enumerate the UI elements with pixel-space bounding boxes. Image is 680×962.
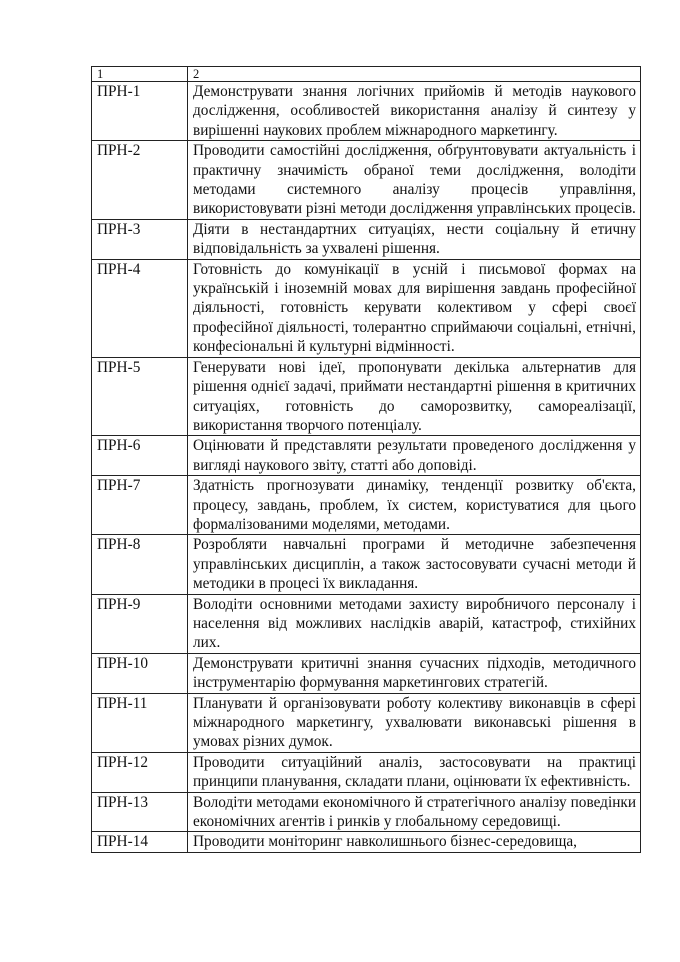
outcome-code: ПРН-3 [92, 219, 188, 259]
outcome-description: Планувати й організовувати роботу колект… [188, 693, 641, 752]
table-row: ПРН-5Генерувати нові ідеї, пропонувати д… [92, 357, 641, 436]
table-row: ПРН-13Володіти методами економічного й с… [92, 792, 641, 832]
document-page: 1 2 ПРН-1Демонструвати знання логічних п… [0, 0, 680, 962]
outcome-description: Розробляти навчальні програми й методичн… [188, 535, 641, 594]
outcome-code: ПРН-10 [92, 653, 188, 693]
table-row: ПРН-7Здатність прогнозувати динаміку, те… [92, 476, 641, 535]
outcome-description: Володіти основними методами захисту виро… [188, 594, 641, 653]
outcome-code: ПРН-13 [92, 792, 188, 832]
outcome-description: Проводити ситуаційний аналіз, застосовув… [188, 752, 641, 792]
table-row: ПРН-3Діяти в нестандартних ситуаціях, не… [92, 219, 641, 259]
table-row: ПРН-10Демонструвати критичні знання суча… [92, 653, 641, 693]
table-row: ПРН-12Проводити ситуаційний аналіз, заст… [92, 752, 641, 792]
outcome-description: Проводити моніторинг навколишнього бізне… [188, 832, 641, 852]
outcome-code: ПРН-2 [92, 141, 188, 220]
outcome-code: ПРН-6 [92, 436, 188, 476]
table-row: ПРН-8Розробляти навчальні програми й мет… [92, 535, 641, 594]
outcome-description: Генерувати нові ідеї, пропонувати декіль… [188, 357, 641, 436]
table-row: ПРН-6Оцінювати й представляти результати… [92, 436, 641, 476]
outcome-description: Здатність прогнозувати динаміку, тенденц… [188, 476, 641, 535]
table-row: ПРН-11Планувати й організовувати роботу … [92, 693, 641, 752]
table-row: ПРН-14Проводити моніторинг навколишнього… [92, 832, 641, 852]
learning-outcomes-table: 1 2 ПРН-1Демонструвати знання логічних п… [91, 66, 641, 853]
table-row: ПРН-2Проводити самостійні дослідження, о… [92, 141, 641, 220]
column-header-1: 1 [92, 67, 188, 82]
outcome-description: Демонструвати знання логічних прийомів й… [188, 82, 641, 141]
table-row: ПРН-1Демонструвати знання логічних прийо… [92, 82, 641, 141]
table-row: ПРН-4Готовність до комунікації в усній і… [92, 259, 641, 357]
outcome-code: ПРН-8 [92, 535, 188, 594]
table-header-row: 1 2 [92, 67, 641, 82]
outcome-description: Оцінювати й представляти результати пров… [188, 436, 641, 476]
outcome-description: Готовність до комунікації в усній і пись… [188, 259, 641, 357]
outcome-description: Проводити самостійні дослідження, обґрун… [188, 141, 641, 220]
outcome-code: ПРН-7 [92, 476, 188, 535]
outcome-description: Діяти в нестандартних ситуаціях, нести с… [188, 219, 641, 259]
table-row: ПРН-9Володіти основними методами захисту… [92, 594, 641, 653]
outcome-code: ПРН-9 [92, 594, 188, 653]
outcome-code: ПРН-11 [92, 693, 188, 752]
outcome-code: ПРН-14 [92, 832, 188, 852]
outcome-code: ПРН-12 [92, 752, 188, 792]
outcome-description: Демонструвати критичні знання сучасних п… [188, 653, 641, 693]
outcome-code: ПРН-4 [92, 259, 188, 357]
column-header-2: 2 [188, 67, 641, 82]
outcome-code: ПРН-5 [92, 357, 188, 436]
outcome-code: ПРН-1 [92, 82, 188, 141]
outcome-description: Володіти методами економічного й стратег… [188, 792, 641, 832]
